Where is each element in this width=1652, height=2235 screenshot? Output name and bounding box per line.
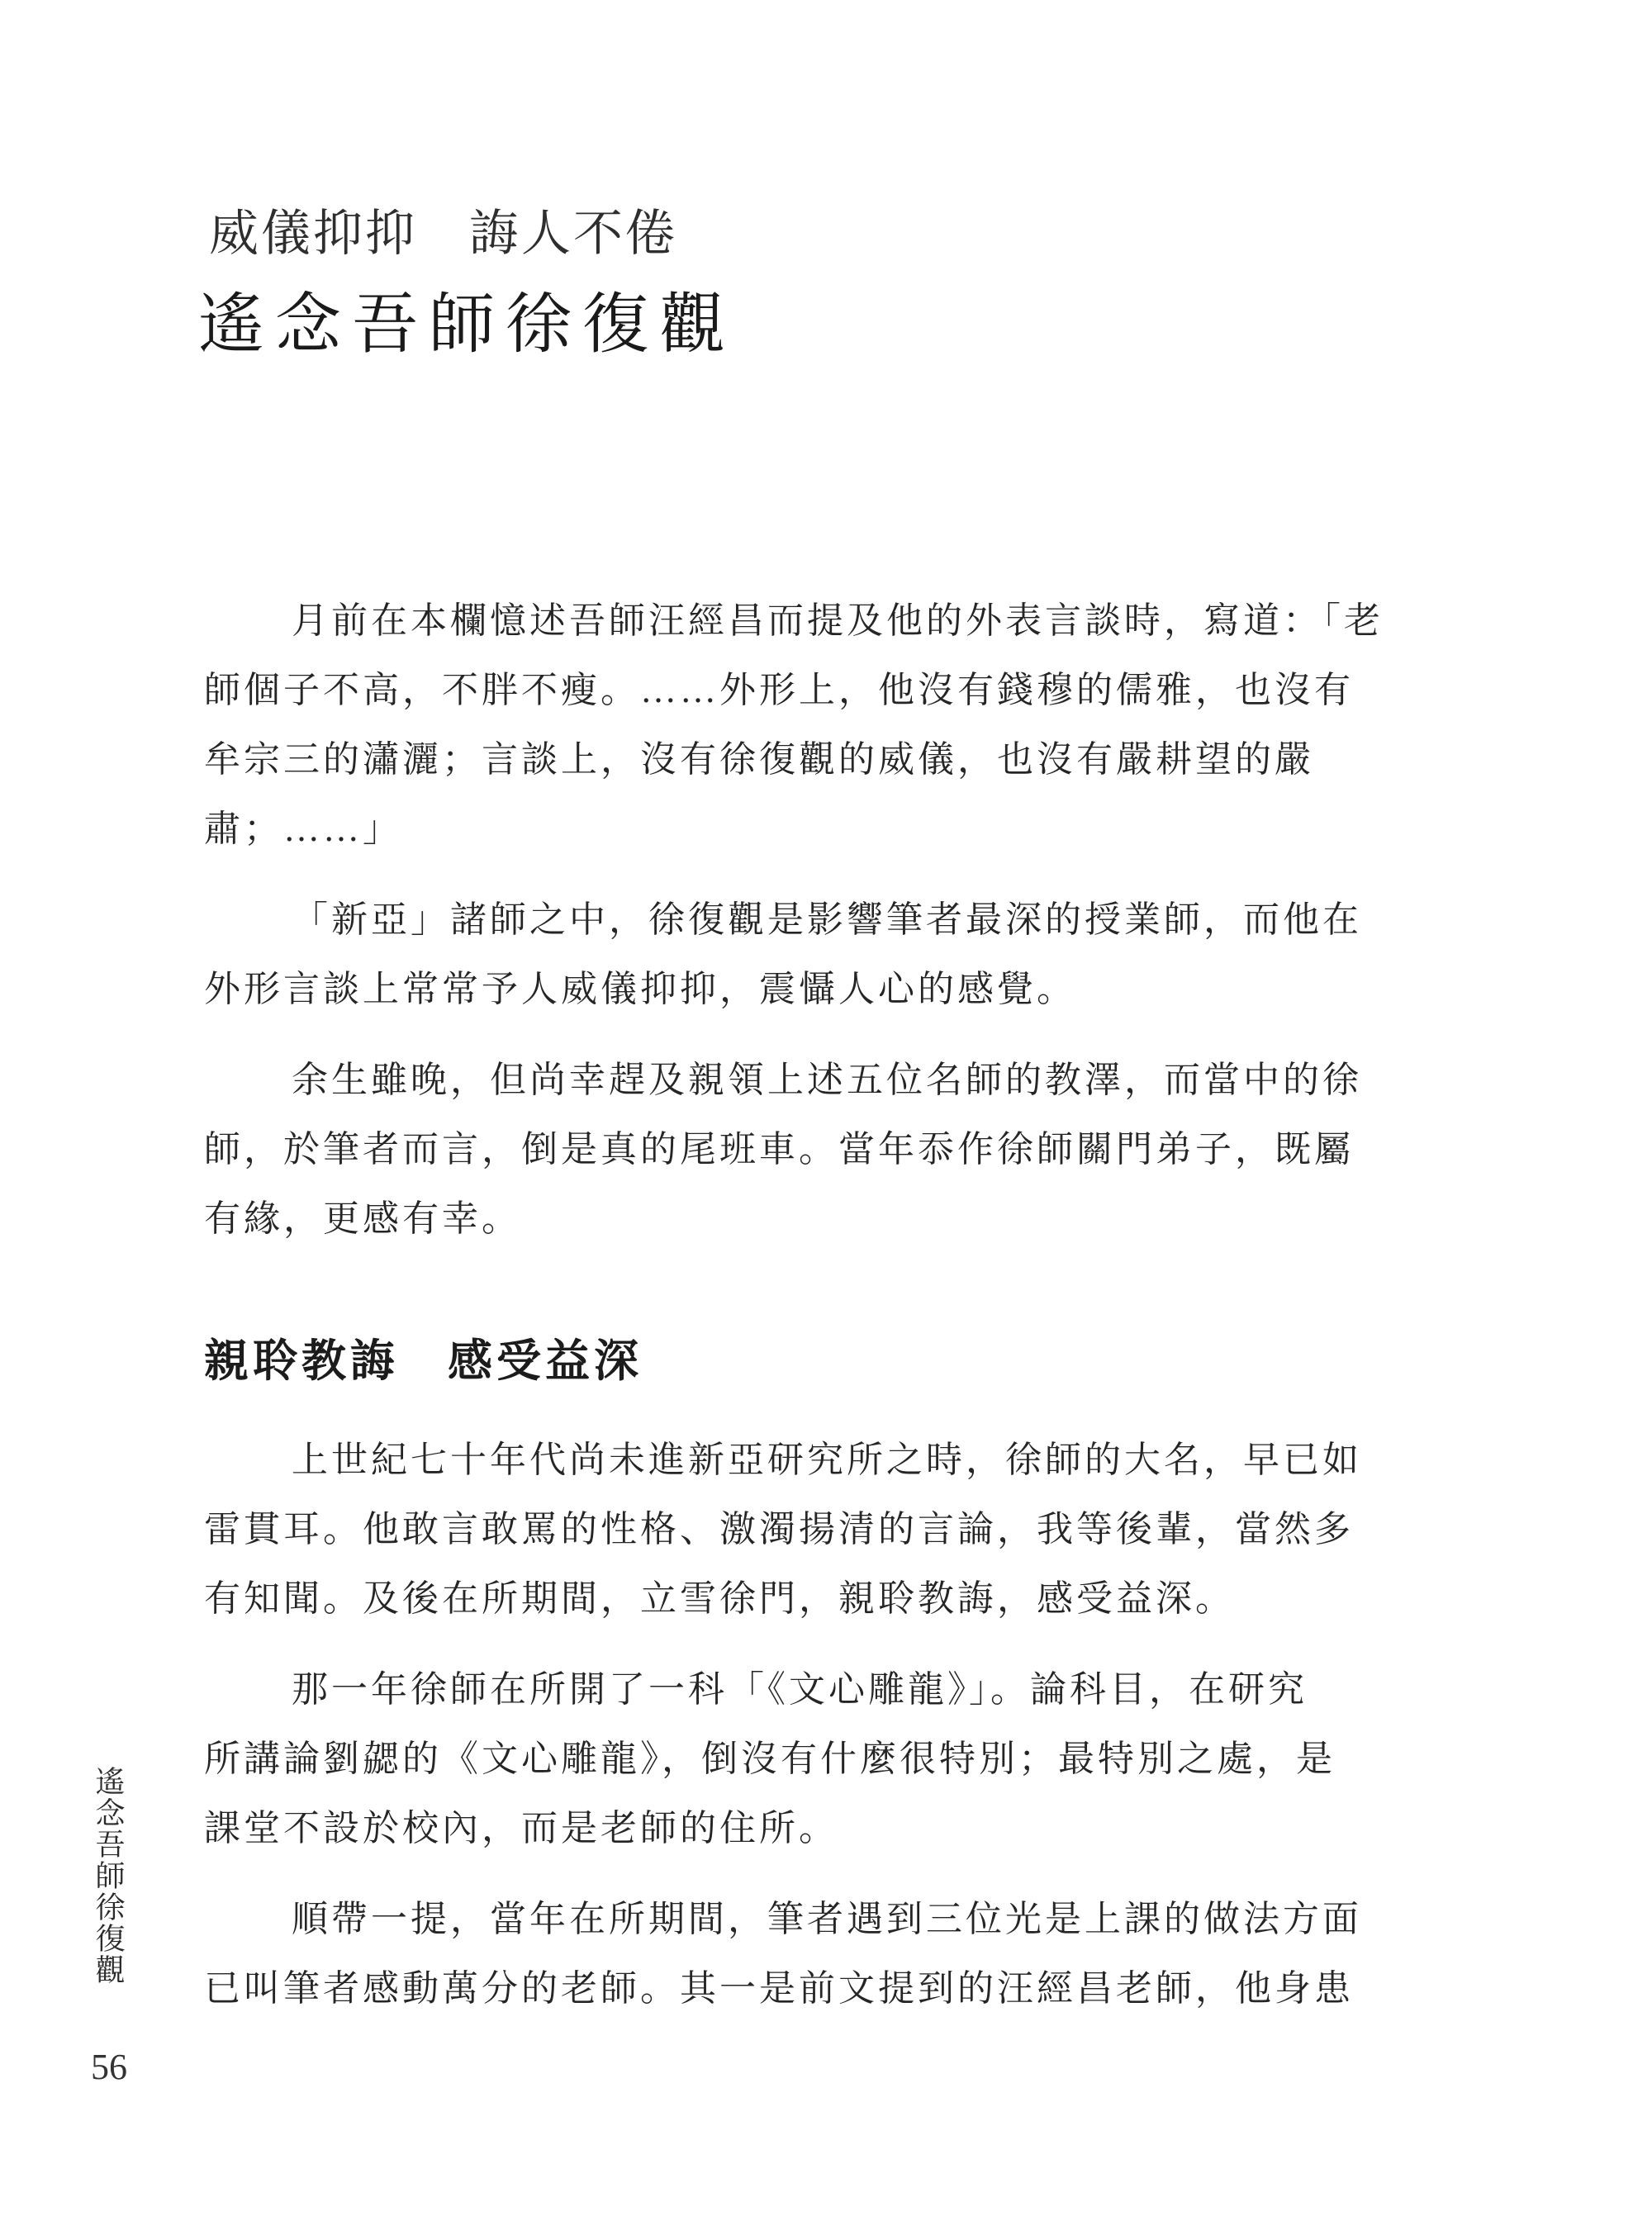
text-line: 月前在本欄憶述吾師汪經昌而提及他的外表言談時，寫道：「老: [204, 586, 1360, 656]
chapter-kicker: 威儀抑抑 誨人不倦: [209, 205, 677, 263]
text-line: 師個子不高，不胖不瘦。……外形上，他沒有錢穆的儒雅，也沒有: [204, 656, 1360, 725]
paragraph: 順帶一提，當年在所期間，筆者遇到三位光是上課的做法方面已叫筆者感動萬分的老師。其…: [204, 1885, 1360, 2024]
text-line: 師，於筆者而言，倒是真的尾班車。當年忝作徐師關門弟子，既屬: [204, 1115, 1360, 1184]
paragraph: 「新亞」諸師之中，徐復觀是影響筆者最深的授業師，而他在外形言談上常常予人威儀抑抑…: [204, 885, 1360, 1024]
paragraph: 余生雖晚，但尚幸趕及親領上述五位名師的教澤，而當中的徐師，於筆者而言，倒是真的尾…: [204, 1046, 1360, 1254]
text-line: 課堂不設於校內，而是老師的住所。: [204, 1794, 1360, 1863]
text-line: 「新亞」諸師之中，徐復觀是影響筆者最深的授業師，而他在: [204, 885, 1360, 955]
text-line: 雷貫耳。他敢言敢罵的性格、激濁揚清的言論，我等後輩，當然多: [204, 1495, 1360, 1564]
text-line: 有緣，更感有幸。: [204, 1184, 1360, 1254]
paragraph: 那一年徐師在所開了一科「《文心雕龍》」。論科目，在研究所講論劉勰的《文心雕龍》，…: [204, 1655, 1360, 1863]
text-line: 余生雖晚，但尚幸趕及親領上述五位名師的教澤，而當中的徐: [204, 1046, 1360, 1115]
section-heading: 親聆教誨 感受益深: [204, 1333, 1360, 1389]
text-line: 順帶一提，當年在所期間，筆者遇到三位光是上課的做法方面: [204, 1885, 1360, 1954]
paragraph: 上世紀七十年代尚未進新亞研究所之時，徐師的大名，早已如雷貫耳。他敢言敢罵的性格、…: [204, 1426, 1360, 1634]
body-text-column: 月前在本欄憶述吾師汪經昌而提及他的外表言談時，寫道：「老師個子不高，不胖不瘦。……: [204, 586, 1360, 2045]
text-line: 牟宗三的瀟灑；言談上，沒有徐復觀的威儀，也沒有嚴耕望的嚴: [204, 725, 1360, 795]
text-line: 所講論劉勰的《文心雕龍》，倒沒有什麼很特別；最特別之處，是: [204, 1725, 1360, 1794]
paragraph: 月前在本欄憶述吾師汪經昌而提及他的外表言談時，寫道：「老師個子不高，不胖不瘦。……: [204, 586, 1360, 864]
book-page: 威儀抑抑 誨人不倦 遙念吾師徐復觀 月前在本欄憶述吾師汪經昌而提及他的外表言談時…: [0, 0, 1652, 2235]
text-line: 上世紀七十年代尚未進新亞研究所之時，徐師的大名，早已如: [204, 1426, 1360, 1495]
text-line: 肅；……」: [204, 795, 1360, 864]
text-line: 已叫筆者感動萬分的老師。其一是前文提到的汪經昌老師，他身患: [204, 1954, 1360, 2024]
text-line: 那一年徐師在所開了一科「《文心雕龍》」。論科目，在研究: [204, 1655, 1360, 1725]
text-line: 外形言談上常常予人威儀抑抑，震懾人心的感覺。: [204, 955, 1360, 1024]
page-number: 56: [91, 2047, 127, 2088]
chapter-title: 遙念吾師徐復觀: [198, 287, 736, 363]
running-header-vertical: 遙念吾師徐復觀: [88, 1766, 130, 1986]
text-line: 有知聞。及後在所期間，立雪徐門，親聆教誨，感受益深。: [204, 1564, 1360, 1634]
